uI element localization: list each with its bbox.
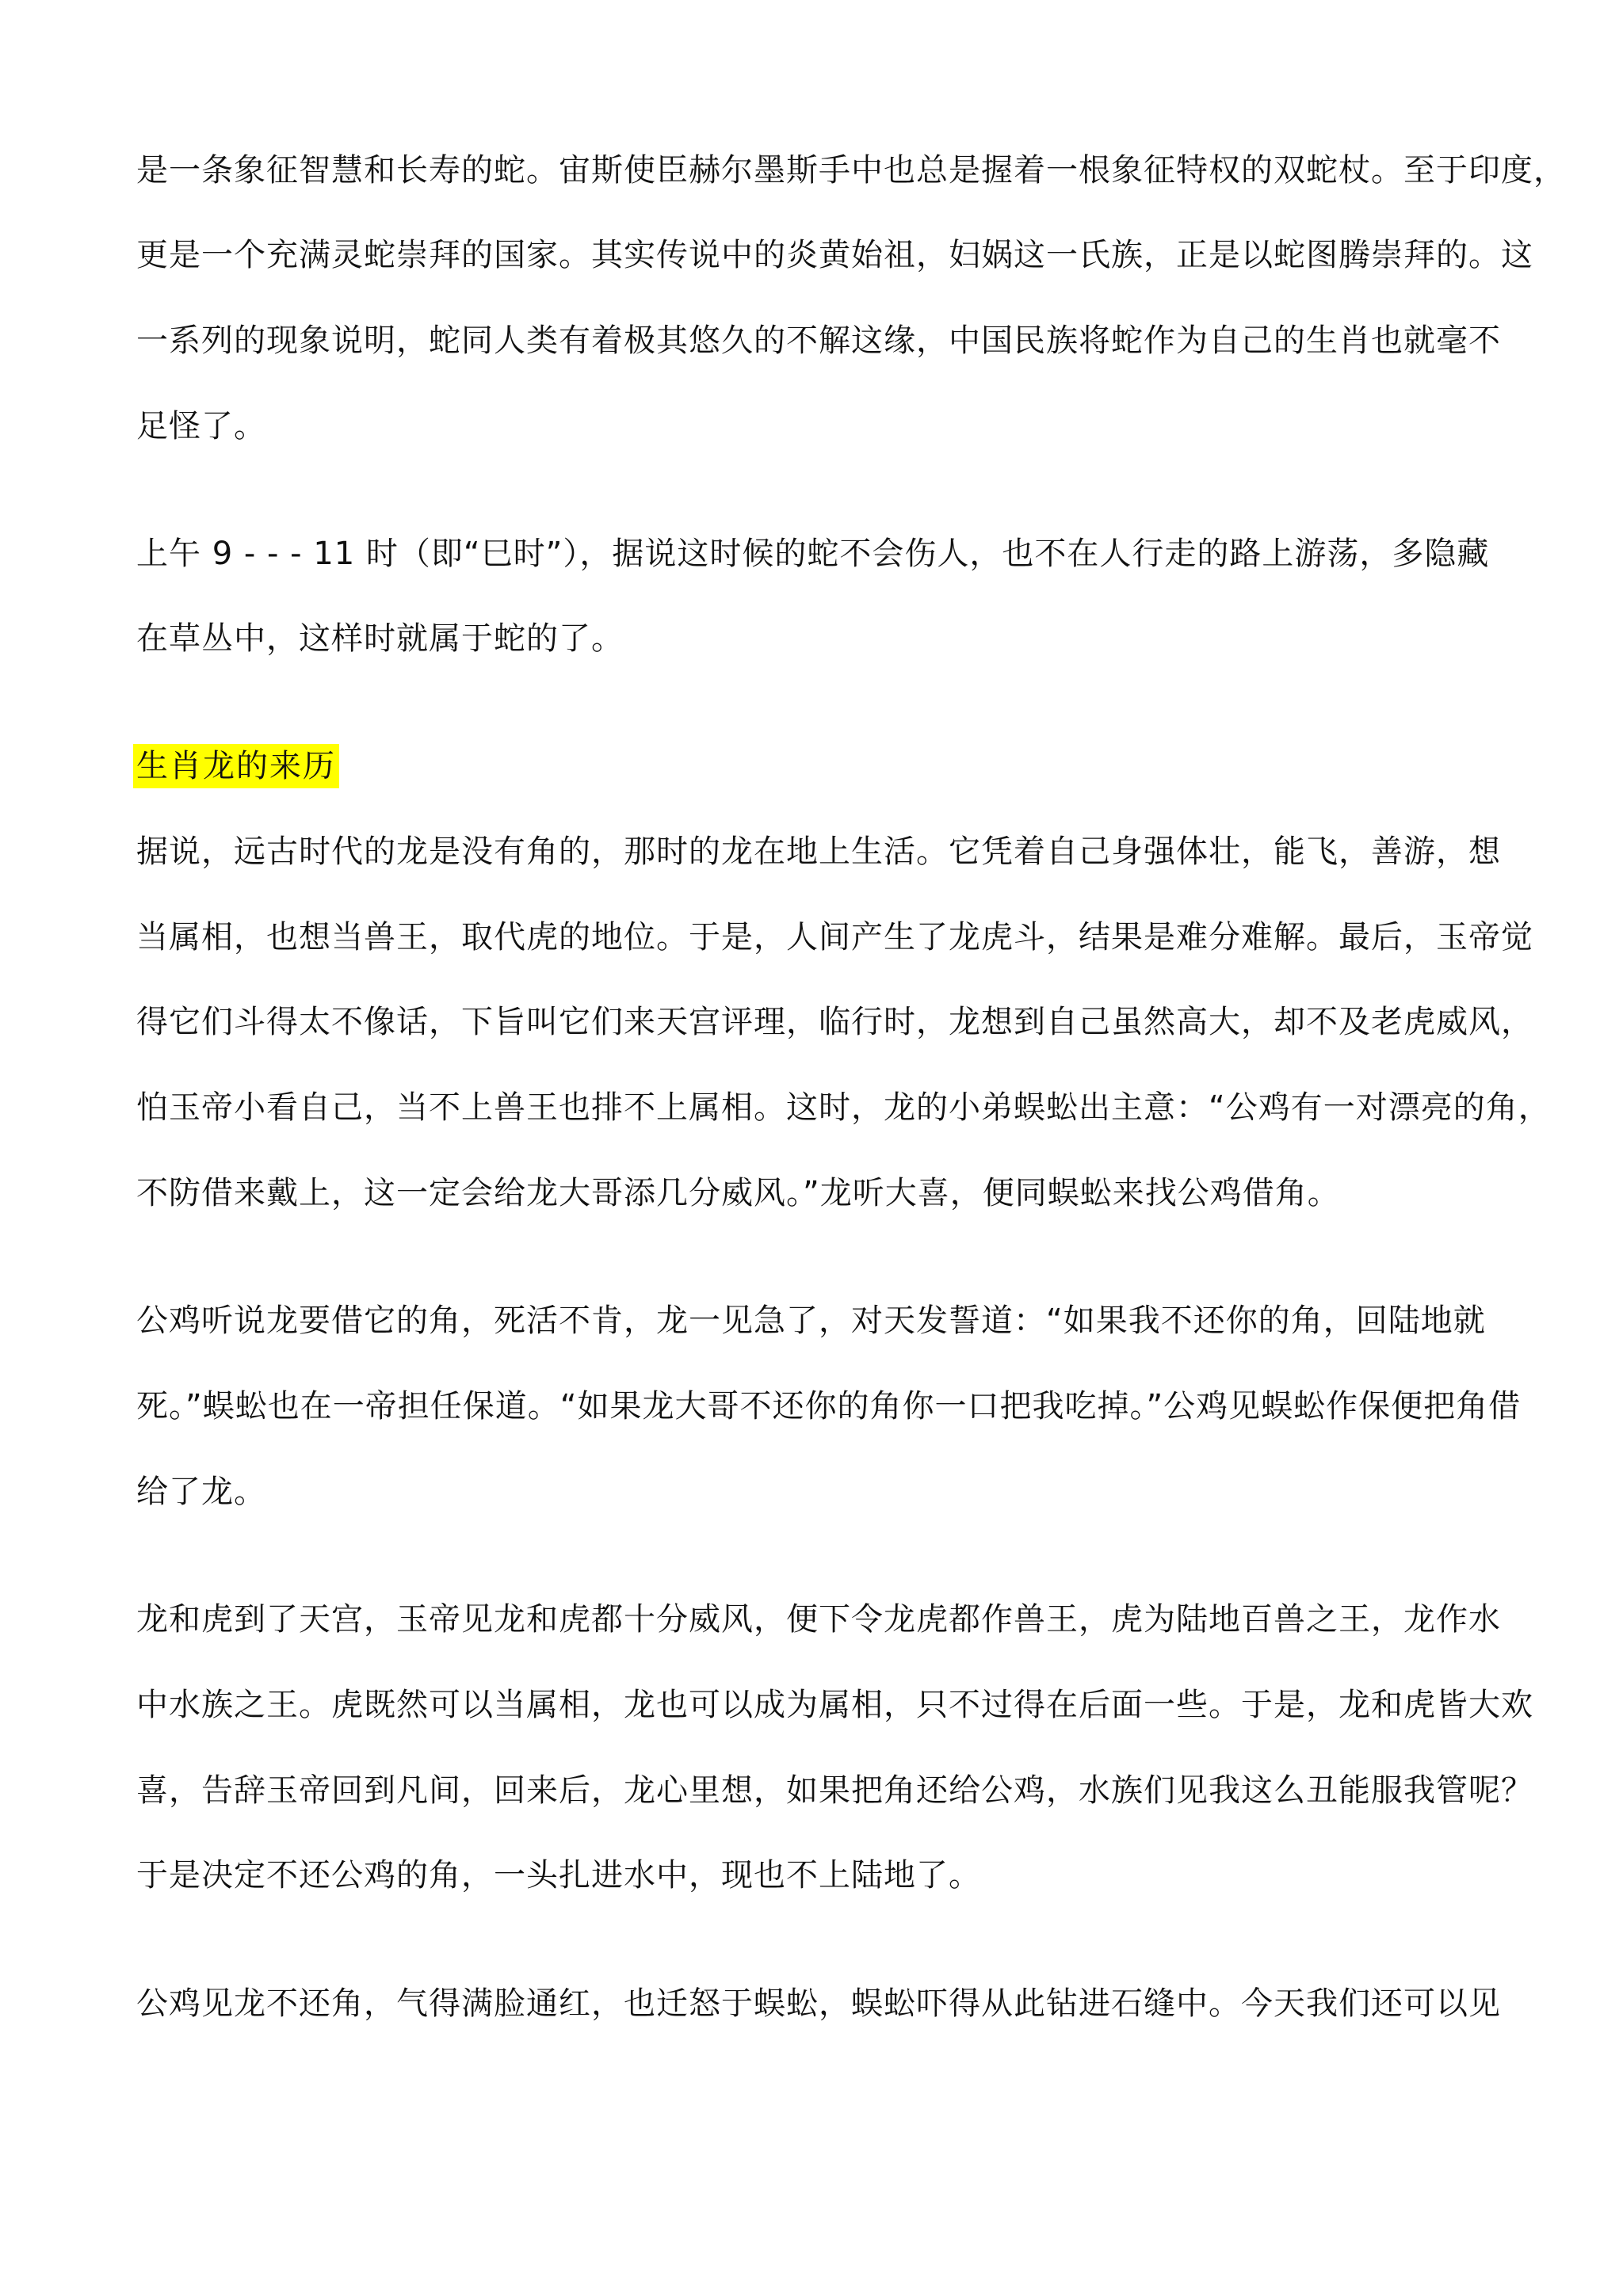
- paragraph-line: 于是决定不还公鸡的角，一头扎进水中，现也不上陆地了。: [136, 1853, 981, 1897]
- paragraph-line: 公鸡听说龙要借它的角，死活不肯，龙一见急了，对天发誓道：“如果我不还你的角，回陆…: [136, 1299, 1486, 1343]
- document-page: 是一条象征智慧和长寿的蛇。宙斯使臣赫尔墨斯手中也总是握着一根象征特权的双蛇杖。至…: [0, 0, 1623, 2296]
- paragraph-line: 怕玉帝小看自己，当不上兽王也排不上属相。这时，龙的小弟蜈蚣出主意：“公鸡有一对漂…: [136, 1085, 1551, 1130]
- paragraph-line: 龙和虎到了天宫，玉帝见龙和虎都十分威风，便下令龙虎都作兽王，虎为陆地百兽之王，龙…: [136, 1597, 1501, 1642]
- paragraph-line: 公鸡见龙不还角，气得满脸通红，也迁怒于蜈蚣，蜈蚣吓得从此钻进石缝中。今天我们还可…: [136, 1981, 1501, 2026]
- paragraph-line: 足怪了。: [136, 404, 266, 448]
- paragraph-line: 在草丛中，这样时就属于蛇的了。: [136, 616, 624, 661]
- paragraph-line: 上午 9 - - - 11 时（即“巳时”），据说这时候的蛇不会伤人，也不在人行…: [136, 532, 1489, 576]
- paragraph-line: 不防借来戴上，这一定会给龙大哥添几分威风。”龙听大喜，便同蜈蚣来找公鸡借角。: [136, 1171, 1340, 1215]
- section-heading: 生肖龙的来历: [133, 744, 339, 788]
- paragraph-line: 给了龙。: [136, 1470, 266, 1514]
- paragraph-line: 是一条象征智慧和长寿的蛇。宙斯使臣赫尔墨斯手中也总是握着一根象征特权的双蛇杖。至…: [136, 148, 1566, 193]
- paragraph-line: 当属相，也想当兽王，取代虎的地位。于是，人间产生了龙虎斗，结果是难分难解。最后，…: [136, 915, 1533, 959]
- paragraph-line: 喜，告辞玉帝回到凡间，回来后，龙心里想，如果把角还给公鸡，水族们见我这么丑能服我…: [136, 1768, 1533, 1813]
- paragraph-line: 更是一个充满灵蛇崇拜的国家。其实传说中的炎黄始祖，妇娲这一氏族，正是以蛇图腾崇拜…: [136, 233, 1533, 277]
- paragraph-line: 死。”蜈蚣也在一帝担任保道。“如果龙大哥不还你的角你一口把我吃掉。”公鸡见蜈蚣作…: [136, 1384, 1521, 1428]
- paragraph-line: 得它们斗得太不像话，下旨叫它们来天宫评理，临行时，龙想到自己虽然高大，却不及老虎…: [136, 1000, 1533, 1044]
- paragraph-line: 据说，远古时代的龙是没有角的，那时的龙在地上生活。它凭着自己身强体壮，能飞，善游…: [136, 830, 1501, 874]
- paragraph-line: 一系列的现象说明，蛇同人类有着极其悠久的不解这缘，中国民族将蛇作为自己的生肖也就…: [136, 318, 1501, 363]
- paragraph-line: 中水族之王。虎既然可以当属相，龙也可以成为属相，只不过得在后面一些。于是，龙和虎…: [136, 1683, 1533, 1727]
